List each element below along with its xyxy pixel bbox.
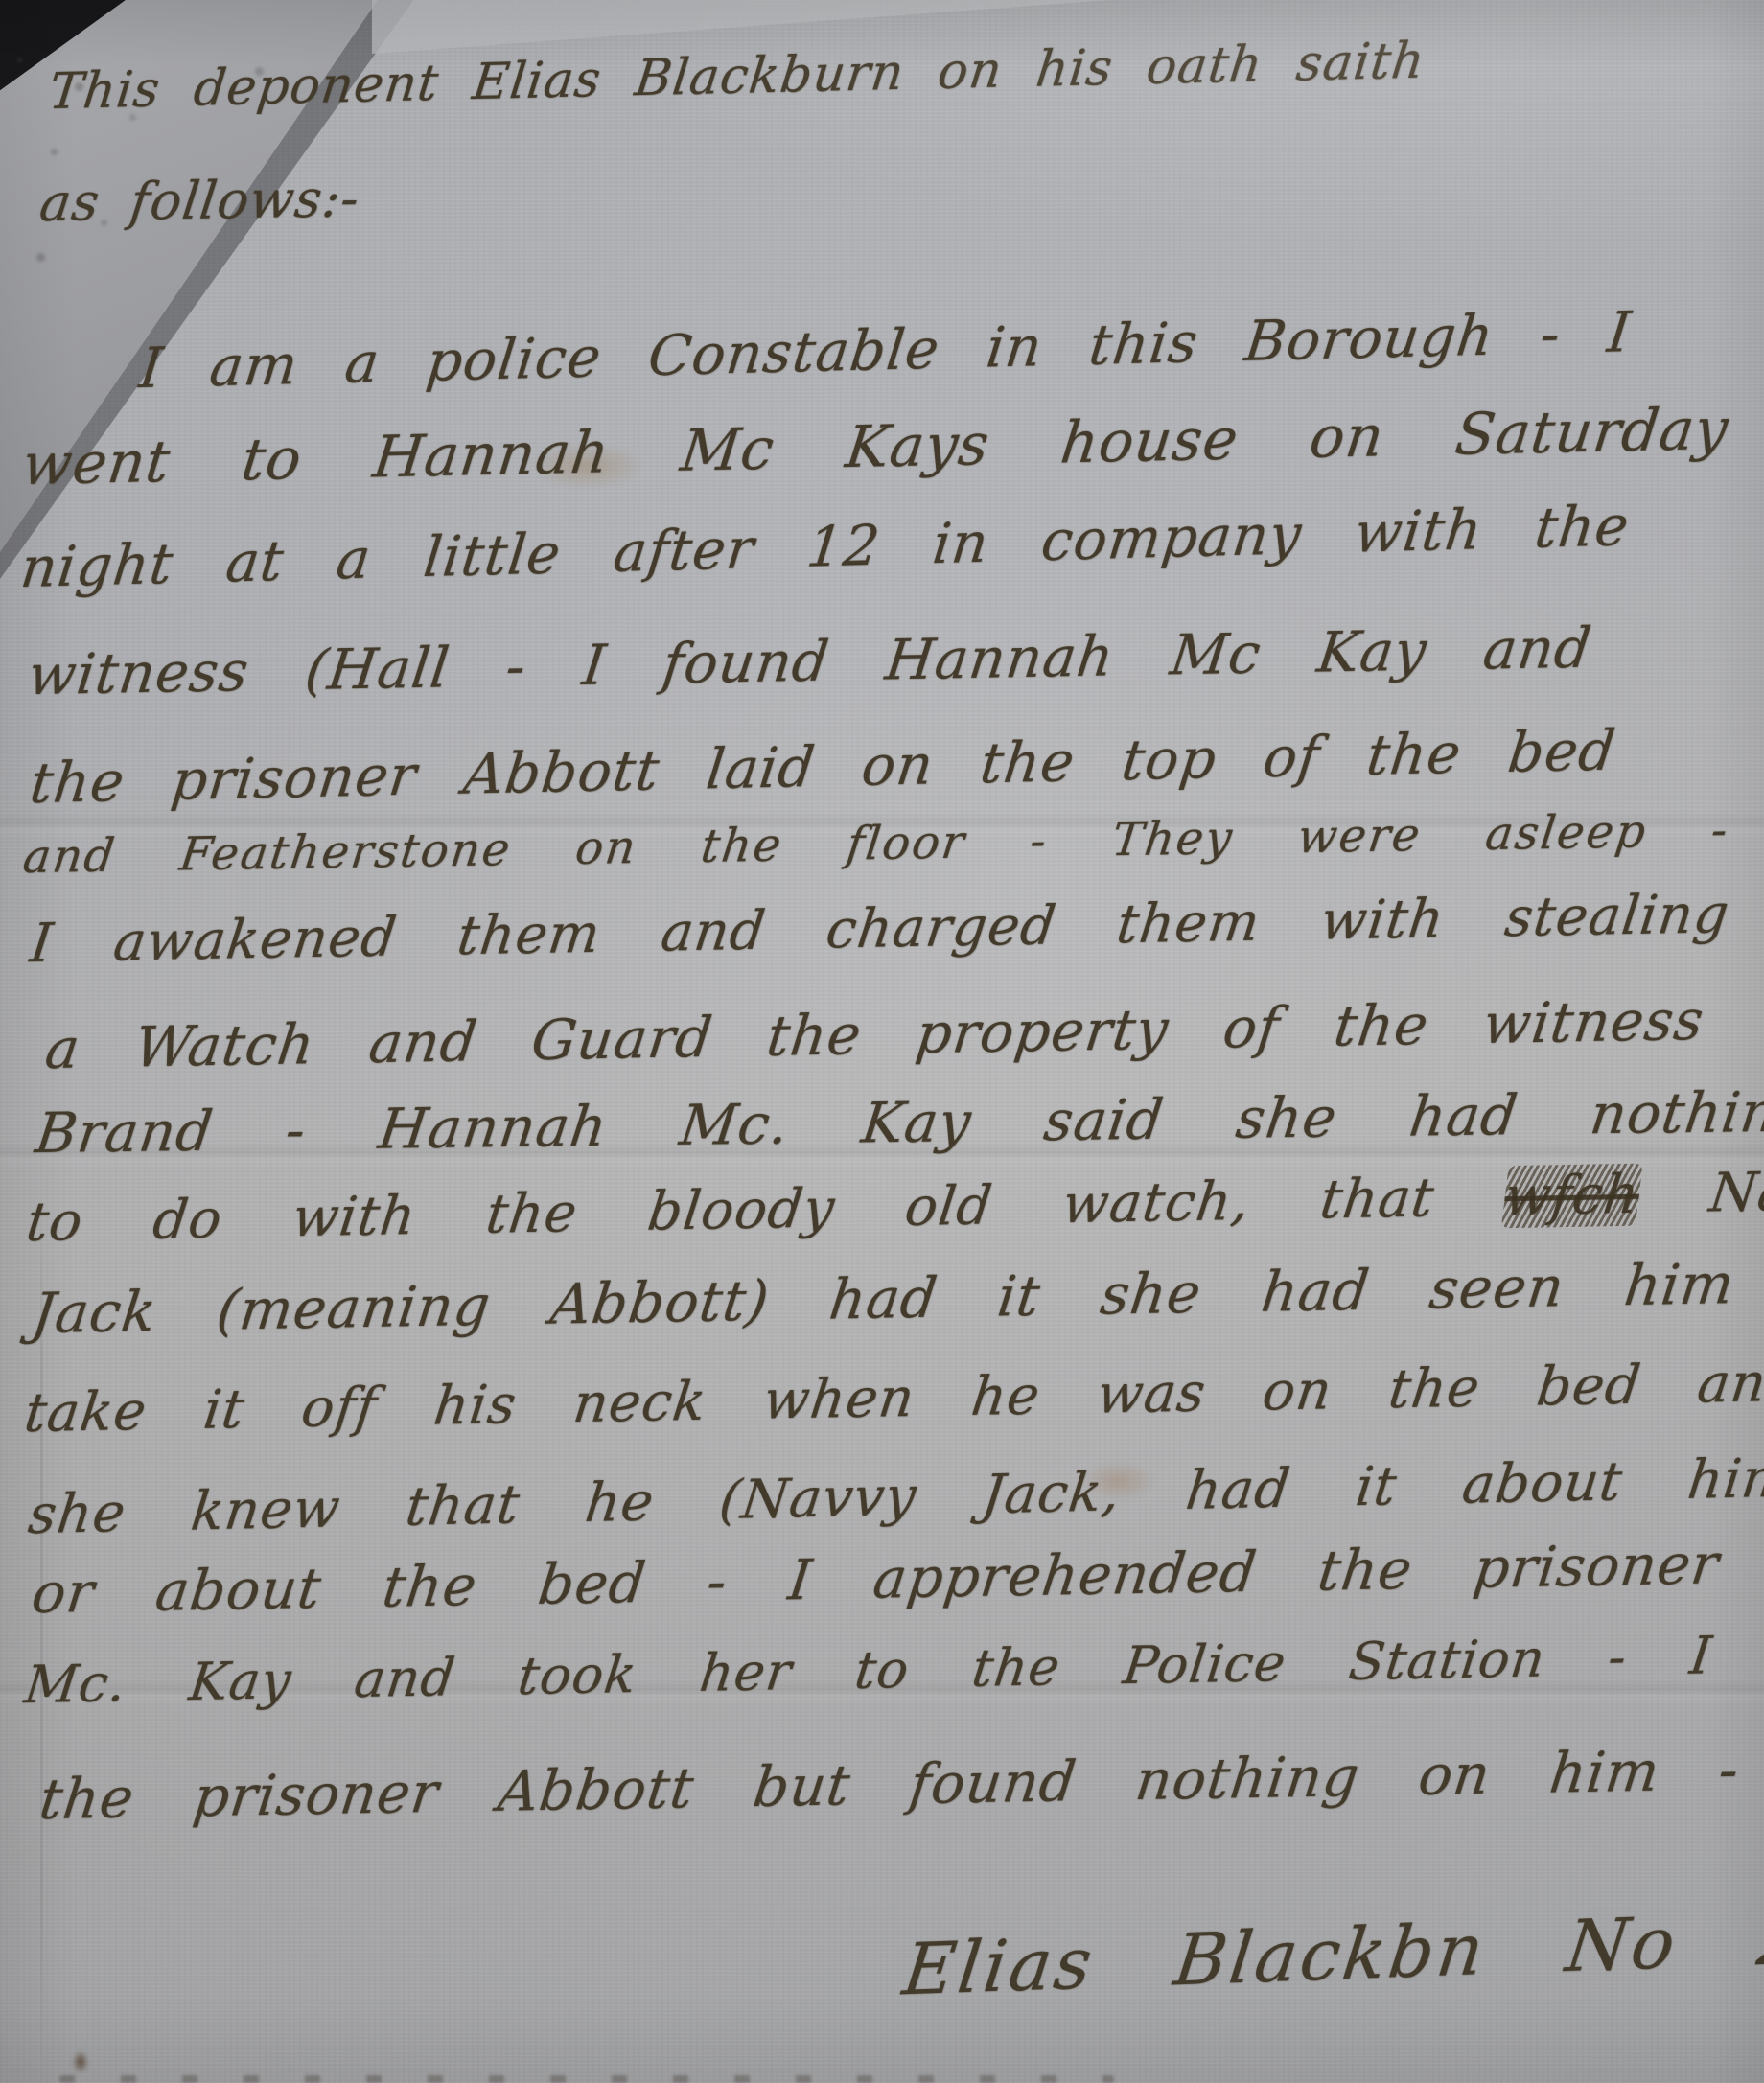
manuscript-line-18: the prisoner Abbott but found nothing on… [36, 1737, 1744, 1832]
manuscript-line-4: went to Hannah Mc Kays house on Saturday [19, 396, 1732, 498]
manuscript-line-13: Jack (meaning Abbott) had it she had see… [29, 1251, 1738, 1346]
manuscript-line-15: she knew that he (Navvy Jack, had it abo… [25, 1447, 1764, 1546]
manuscript-line-12: to do with the bloody old watch, that wf… [23, 1159, 1764, 1254]
manuscript-line-6: witness (Hall - I found Hannah Mc Kay an… [25, 615, 1595, 708]
line-text: to do with the bloody old watch, that [23, 1166, 1509, 1254]
cutoff-line-remnant [59, 2075, 1114, 2083]
manuscript-line-16: or about the bed - I apprehended the pri… [29, 1529, 1764, 1626]
manuscript-line-10: a Watch and Guard the property of the wi… [42, 987, 1708, 1081]
deposition-page: This deponent Elias Blackburn on his oat… [0, 0, 1764, 2083]
manuscript-line-3: I am a police Constable in this Borough … [136, 299, 1635, 401]
manuscript-line-5: night at a little after 12 in company wi… [17, 493, 1633, 600]
paper-stain [73, 2051, 88, 2072]
ink-bleed-specks [17, 58, 22, 62]
struck-word: wfch [1501, 1164, 1643, 1229]
manuscript-line-2: as follows:- [36, 168, 363, 233]
manuscript-line-9: I awakened them and charged them with st… [27, 883, 1733, 975]
signature: Elias Blackbn No 20 [898, 1895, 1764, 2011]
manuscript-line-14: take it off his neck when he was on the … [21, 1352, 1764, 1446]
line-text: Navvy [1636, 1159, 1764, 1226]
manuscript-line-7: the prisoner Abbott laid on the top of t… [27, 717, 1619, 816]
